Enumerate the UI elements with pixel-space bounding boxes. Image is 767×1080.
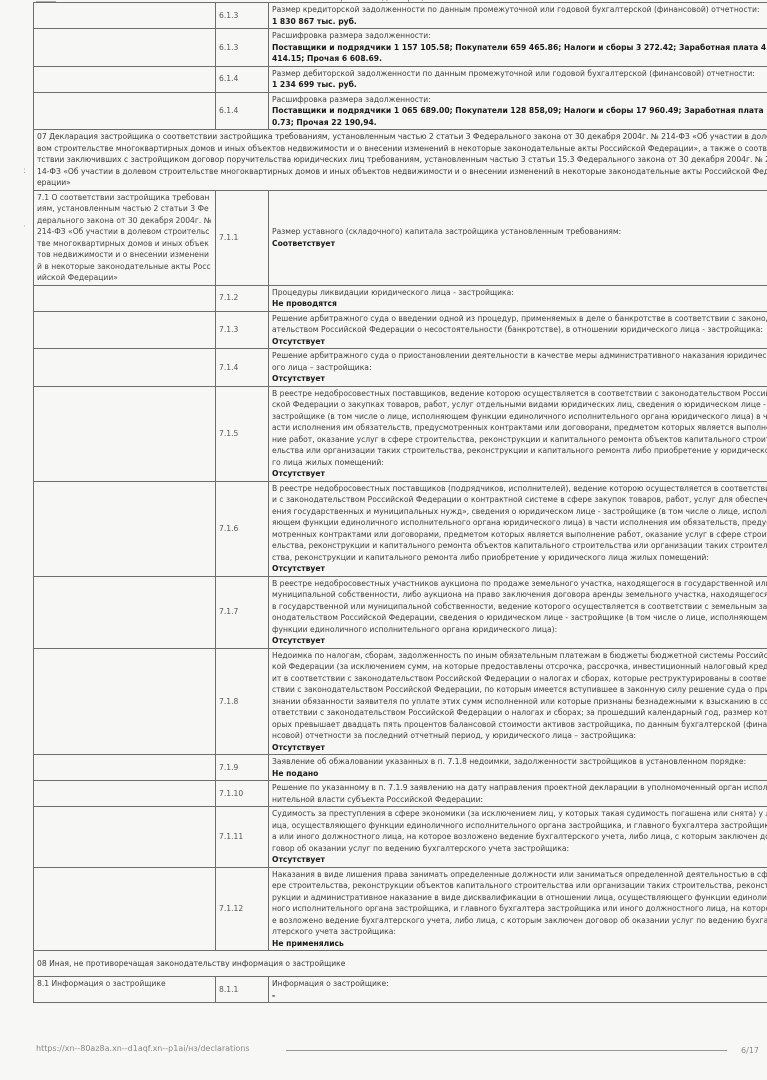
- row-value: Не проводятся: [272, 298, 767, 310]
- table-row: 7.1.3Решение арбитражного суда о введени…: [34, 311, 767, 349]
- table-row: 6.1.4Размер дебиторской задолженности по…: [34, 66, 767, 92]
- row-value: Отсутствует: [272, 635, 767, 647]
- row-content: Решение по указанному в п. 7.1.9 заявлен…: [269, 781, 767, 807]
- empty-category-cell: [34, 66, 216, 92]
- row-number: 6.1.3: [216, 3, 269, 29]
- table-row: 6.1.4Расшифровка размера задолженности:П…: [34, 92, 767, 130]
- row-value: Отсутствует: [272, 336, 767, 348]
- table-row: 7.1.8Недоимка по налогам, сборам, задолж…: [34, 648, 767, 755]
- page-number: 6/17: [741, 1046, 759, 1055]
- row-label: Расшифровка размера задолженности:: [272, 94, 767, 106]
- row-number: 6.1.4: [216, 66, 269, 92]
- empty-category-cell: [34, 576, 216, 648]
- row-content: Недоимка по налогам, сборам, задолженнос…: [269, 648, 767, 755]
- row-content: Решение арбитражного суда о введении одн…: [269, 311, 767, 349]
- row-value: 1 234 699 тыс. руб.: [272, 79, 767, 91]
- category-7-1: 7.1 О соответствии застройщика требовани…: [34, 190, 216, 285]
- row-content: Заявление об обжаловании указанных в п. …: [269, 755, 767, 781]
- row-number: 7.1.12: [216, 867, 269, 951]
- row-content: В реестре недобросовестных поставщиков, …: [269, 386, 767, 481]
- row-number: 7.1.9: [216, 755, 269, 781]
- row-content: Наказания в виде лишения права занимать …: [269, 867, 767, 951]
- row-content: Размер уставного (складочного) капитала …: [269, 190, 767, 285]
- row-value: Не применялись: [272, 938, 767, 950]
- row-label: Размер кредиторской задолженности по дан…: [272, 4, 767, 16]
- row-content: Судимость за преступления в сфере эконом…: [269, 807, 767, 868]
- row-value: Отсутствует: [272, 742, 767, 754]
- row-value: Поставщики и подрядчики 1 065 689.00; По…: [272, 105, 767, 128]
- table-row: 7.1.7В реестре недобросовестных участник…: [34, 576, 767, 648]
- row-label: В реестре недобросовестных участников ау…: [272, 578, 767, 636]
- section-07-title: 07 Декларация застройщика о соответствии…: [34, 130, 767, 191]
- row-number: 8.1.1: [216, 977, 269, 1003]
- row-content: В реестре недобросовестных поставщиков (…: [269, 481, 767, 576]
- empty-category-cell: [34, 29, 216, 67]
- row-label: Решение арбитражного суда о приостановле…: [272, 350, 767, 373]
- row-label: Наказания в виде лишения права занимать …: [272, 869, 767, 938]
- empty-category-cell: [34, 755, 216, 781]
- section-heading-row: 08 Иная, не противоречащая законодательс…: [34, 951, 767, 977]
- empty-category-cell: [34, 92, 216, 130]
- row-number: 7.1.8: [216, 648, 269, 755]
- row-content: Расшифровка размера задолженности:Постав…: [269, 92, 767, 130]
- empty-category-cell: [34, 386, 216, 481]
- row-number: 7.1.4: [216, 349, 269, 387]
- row-content: Решение арбитражного суда о приостановле…: [269, 349, 767, 387]
- row-label: Размер дебиторской задолженности по данн…: [272, 68, 767, 80]
- row-number: 6.1.3: [216, 29, 269, 67]
- section-08-title: 08 Иная, не противоречащая законодательс…: [34, 951, 767, 977]
- footer-divider: [286, 1050, 727, 1051]
- empty-category-cell: [34, 285, 216, 311]
- table-row: 7.1.12Наказания в виде лишения права зан…: [34, 867, 767, 951]
- table-row: 7.1.5В реестре недобросовестных поставщи…: [34, 386, 767, 481]
- row-content: Информация о застройщике:-: [269, 977, 767, 1003]
- table-row: 7.1.9Заявление об обжаловании указанных …: [34, 755, 767, 781]
- row-label: Заявление об обжаловании указанных в п. …: [272, 756, 767, 768]
- table-row: 8.1 Информация о застройщике8.1.1Информа…: [34, 977, 767, 1003]
- empty-category-cell: [34, 648, 216, 755]
- row-content: Процедуры ликвидации юридического лица -…: [269, 285, 767, 311]
- declaration-table: 6.1.3Размер кредиторской задолженности п…: [33, 2, 767, 1003]
- row-value: Отсутствует: [272, 854, 767, 866]
- row-number: 7.1.1: [216, 190, 269, 285]
- row-number: 7.1.7: [216, 576, 269, 648]
- row-label: Решение по указанному в п. 7.1.9 заявлен…: [272, 782, 767, 805]
- row-value: Соответствует: [272, 238, 767, 250]
- row-content: Расшифровка размера задолженности:Постав…: [269, 29, 767, 67]
- empty-category-cell: [34, 311, 216, 349]
- table-row: 6.1.3Расшифровка размера задолженности:П…: [34, 29, 767, 67]
- margin-mark: :: [23, 166, 26, 176]
- row-label: Процедуры ликвидации юридического лица -…: [272, 287, 767, 299]
- row-value: Отсутствует: [272, 373, 767, 385]
- footer-url[interactable]: https://xn--80az8a.xn--d1aqf.xn--p1ai/нз…: [36, 1044, 250, 1053]
- empty-category-cell: [34, 781, 216, 807]
- row-number: 7.1.6: [216, 481, 269, 576]
- row-label: Судимость за преступления в сфере эконом…: [272, 808, 767, 854]
- empty-category-cell: [34, 349, 216, 387]
- row-content: Размер кредиторской задолженности по дан…: [269, 3, 767, 29]
- empty-category-cell: [34, 867, 216, 951]
- row-value: Отсутствует: [272, 563, 767, 575]
- empty-category-cell: [34, 3, 216, 29]
- row-number: 7.1.3: [216, 311, 269, 349]
- section-heading-row: 07 Декларация застройщика о соответствии…: [34, 130, 767, 191]
- row-label: Решение арбитражного суда о введении одн…: [272, 313, 767, 336]
- row-label: Недоимка по налогам, сборам, задолженнос…: [272, 650, 767, 742]
- empty-category-cell: [34, 807, 216, 868]
- row-label: В реестре недобросовестных поставщиков (…: [272, 483, 767, 564]
- category-8-1: 8.1 Информация о застройщике: [34, 977, 216, 1003]
- row-number: 6.1.4: [216, 92, 269, 130]
- table-row: 7.1.10Решение по указанному в п. 7.1.9 з…: [34, 781, 767, 807]
- row-value: Не подано: [272, 768, 767, 780]
- row-label: Размер уставного (складочного) капитала …: [272, 226, 767, 238]
- row-number: 7.1.11: [216, 807, 269, 868]
- empty-category-cell: [34, 481, 216, 576]
- row-value: Поставщики и подрядчики 1 157 105.58; По…: [272, 42, 767, 65]
- row-label: Расшифровка размера задолженности:: [272, 30, 767, 42]
- table-row: 7.1 О соответствии застройщика требовани…: [34, 190, 767, 285]
- row-value: -: [272, 990, 767, 1002]
- margin-mark: ·: [23, 222, 26, 232]
- table-row: 7.1.4Решение арбитражного суда о приоста…: [34, 349, 767, 387]
- row-number: 7.1.2: [216, 285, 269, 311]
- table-row: 7.1.6В реестре недобросовестных поставщи…: [34, 481, 767, 576]
- row-content: Размер дебиторской задолженности по данн…: [269, 66, 767, 92]
- row-label: Информация о застройщике:: [272, 978, 767, 990]
- table-row: 6.1.3Размер кредиторской задолженности п…: [34, 3, 767, 29]
- row-number: 7.1.5: [216, 386, 269, 481]
- table-row: 7.1.2Процедуры ликвидации юридического л…: [34, 285, 767, 311]
- table-row: 7.1.11Судимость за преступления в сфере …: [34, 807, 767, 868]
- row-content: В реестре недобросовестных участников ау…: [269, 576, 767, 648]
- row-value: Отсутствует: [272, 468, 767, 480]
- row-value: 1 830 867 тыс. руб.: [272, 16, 767, 28]
- row-label: В реестре недобросовестных поставщиков, …: [272, 388, 767, 469]
- row-number: 7.1.10: [216, 781, 269, 807]
